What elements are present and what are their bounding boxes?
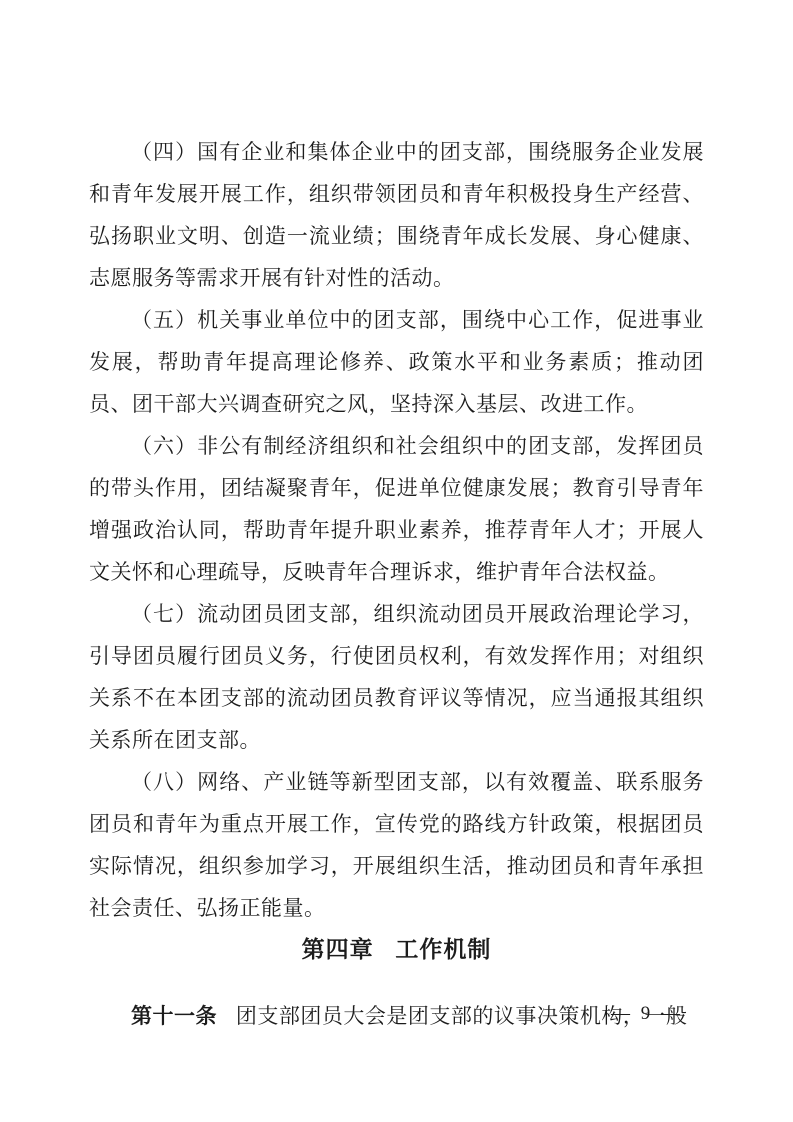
document-body: （四）国有企业和集体企业中的团支部，围绕服务企业发展和青年发展开展工作，组织带领… bbox=[89, 131, 704, 1037]
chapter-heading: 第四章工作机制 bbox=[89, 929, 704, 971]
paragraph-clause-6: （六）非公有制经济组织和社会组织中的团支部，发挥团员的带头作用，团结凝聚青年，促… bbox=[89, 425, 704, 593]
paragraph-clause-8: （八）网络、产业链等新型团支部，以有效覆盖、联系服务团员和青年为重点开展工作，宣… bbox=[89, 761, 704, 929]
chapter-title: 工作机制 bbox=[395, 937, 491, 962]
document-page: （四）国有企业和集体企业中的团支部，围绕服务企业发展和青年发展开展工作，组织带领… bbox=[0, 0, 793, 1122]
page-number: — 9 — bbox=[611, 1002, 683, 1026]
paragraph-clause-5: （五）机关事业单位中的团支部，围绕中心工作，促进事业发展，帮助青年提高理论修养、… bbox=[89, 299, 704, 425]
paragraph-clause-7: （七）流动团员团支部，组织流动团员开展政治理论学习，引导团员履行团员义务，行使团… bbox=[89, 593, 704, 761]
chapter-number: 第四章 bbox=[302, 937, 374, 962]
article-number-label: 第十一条 bbox=[131, 1004, 217, 1028]
paragraph-clause-4: （四）国有企业和集体企业中的团支部，围绕服务企业发展和青年发展开展工作，组织带领… bbox=[89, 131, 704, 299]
